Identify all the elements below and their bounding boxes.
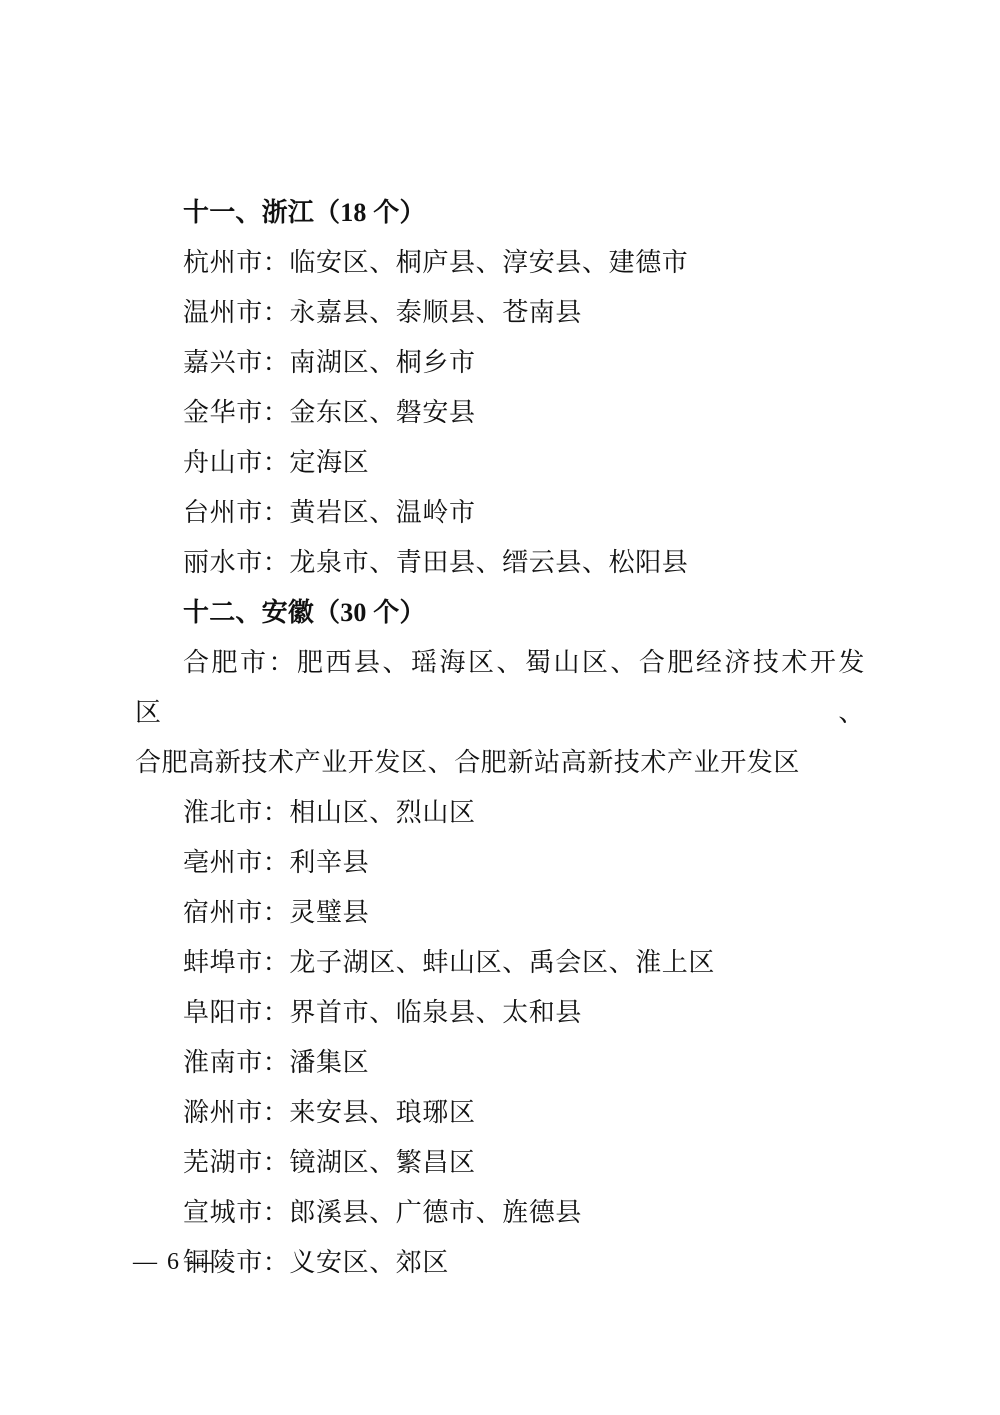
document-line: 金华市：金东区、磐安县 <box>135 388 865 438</box>
section-anhui: 十二、安徽（30 个） 合肥市：肥西县、瑶海区、蜀山区、合肥经济技术开发区、 合… <box>135 588 865 1288</box>
document-line: 宿州市：灵璧县 <box>135 888 865 938</box>
document-line: 阜阳市：界首市、临泉县、太和县 <box>135 988 865 1038</box>
document-line: 合肥高新技术产业开发区、合肥新站高新技术产业开发区 <box>135 738 865 788</box>
document-line: 舟山市：定海区 <box>135 438 865 488</box>
document-body: 十一、浙江（18 个） 杭州市：临安区、桐庐县、淳安县、建德市 温州市：永嘉县、… <box>135 188 865 1288</box>
document-line: 合肥市：肥西县、瑶海区、蜀山区、合肥经济技术开发区、 <box>135 638 865 738</box>
document-line: 芜湖市：镜湖区、繁昌区 <box>135 1138 865 1188</box>
section-zhejiang: 十一、浙江（18 个） 杭州市：临安区、桐庐县、淳安县、建德市 温州市：永嘉县、… <box>135 188 865 588</box>
document-line: 丽水市：龙泉市、青田县、缙云县、松阳县 <box>135 538 865 588</box>
document-line: 亳州市：利辛县 <box>135 838 865 888</box>
document-line: 滁州市：来安县、琅琊区 <box>135 1088 865 1138</box>
section-heading: 十一、浙江（18 个） <box>135 188 865 238</box>
document-line: 蚌埠市：龙子湖区、蚌山区、禹会区、淮上区 <box>135 938 865 988</box>
document-line: 淮北市：相山区、烈山区 <box>135 788 865 838</box>
document-line: 淮南市：潘集区 <box>135 1038 865 1088</box>
page-number: — 6 — <box>133 1244 215 1280</box>
document-line: 台州市：黄岩区、温岭市 <box>135 488 865 538</box>
document-line: 温州市：永嘉县、泰顺县、苍南县 <box>135 288 865 338</box>
document-line: 嘉兴市：南湖区、桐乡市 <box>135 338 865 388</box>
document-line: 杭州市：临安区、桐庐县、淳安县、建德市 <box>135 238 865 288</box>
section-heading: 十二、安徽（30 个） <box>135 588 865 638</box>
document-line: 铜陵市：义安区、郊区 <box>135 1238 865 1288</box>
document-line: 宣城市：郎溪县、广德市、旌德县 <box>135 1188 865 1238</box>
document-page: 十一、浙江（18 个） 杭州市：临安区、桐庐县、淳安县、建德市 温州市：永嘉县、… <box>0 0 1000 1415</box>
